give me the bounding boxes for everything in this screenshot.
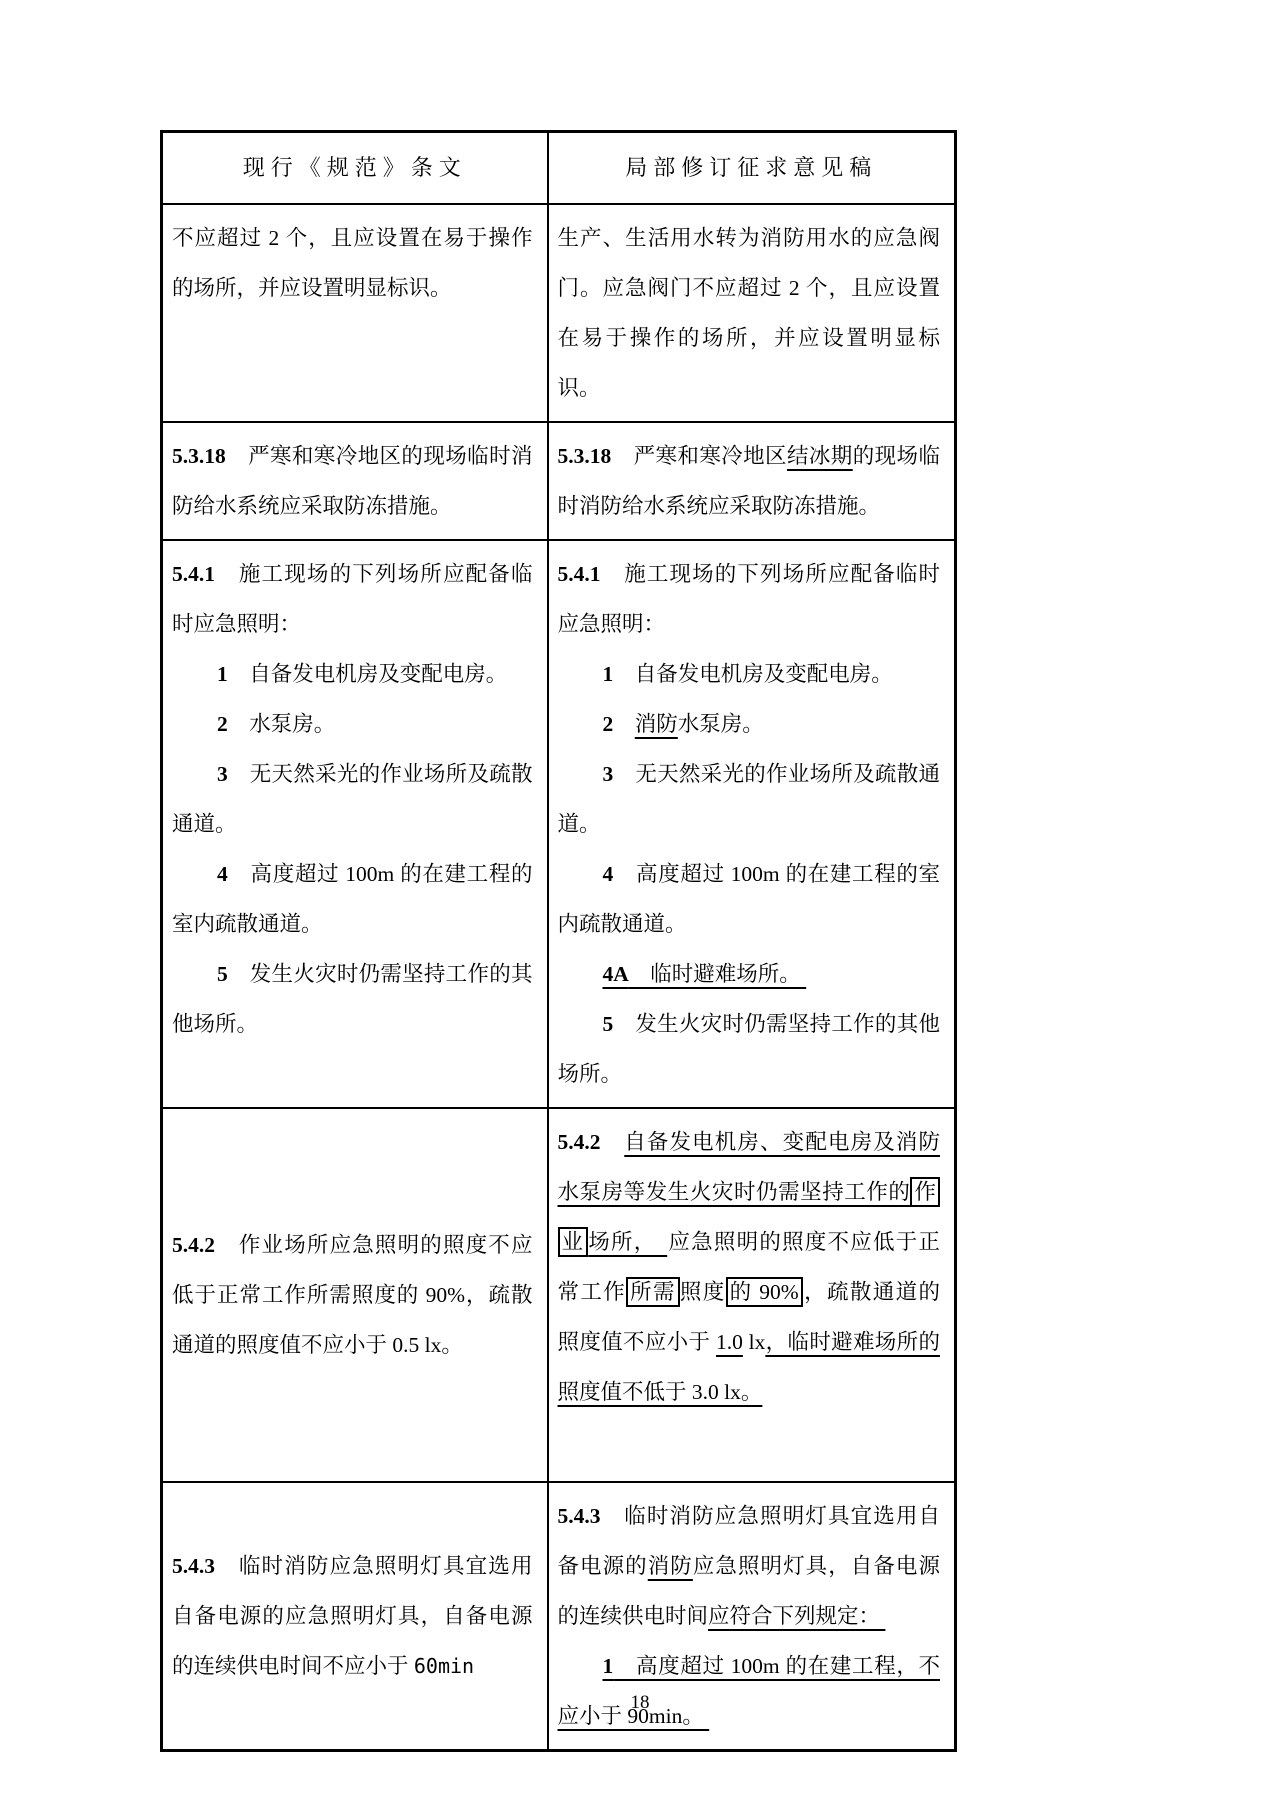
underlined-text: 高度超过 100m 的在建工程，不应小于 90min。 [558,1654,941,1728]
table-header-row: 现行《规范》条文 局部修订征求意见稿 [162,132,956,205]
text-run: 水泵房。 [678,712,764,736]
text-run: 5.3.18 [558,444,612,468]
paragraph: 5.4.3 临时消防应急照明灯具宜选用自备电源的应急照明灯具，自备电源的连续供电… [172,1541,533,1691]
paragraph: 1 高度超过 100m 的在建工程，不应小于 90min。 [558,1641,941,1741]
text-run: 施工现场的下列场所应配备临时应急照明： [558,562,941,636]
underlined-text: 4A [603,962,629,986]
table-header-revision: 局部修订征求意见稿 [548,132,956,205]
paragraph: 5.4.1 施工现场的下列场所应配备临时应急照明： [558,549,941,649]
text-run: 水泵房。 [228,712,336,736]
underlined-text: 应符合下列规定： [708,1604,885,1628]
text-run: 严寒和寒冷地区 [611,444,787,468]
cell-current-r2: 5.4.1 施工现场的下列场所应配备临时应急照明：1 自备发电机房及变配电房。2… [162,540,548,1108]
text-run: 施工现场的下列场所应配备临时应急照明： [172,562,533,636]
text-run: 自备发电机房及变配电房。 [228,662,508,686]
text-run: 严寒和寒冷地区的现场临时消防给水系统应采取防冻措施。 [172,444,533,518]
text-run: 1 [603,662,614,686]
paragraph: 5.3.18 严寒和寒冷地区的现场临时消防给水系统应采取防冻措施。 [172,431,533,531]
boxed-text: 的 90% [726,1277,803,1307]
paragraph: 5.4.2 作业场所应急照明的照度不应低于正常工作所需照度的 90%，疏散通道的… [172,1220,533,1370]
underlined-text: 消防 [635,712,678,736]
underlined-text: 1.0 [716,1330,743,1354]
paragraph: 5.4.1 施工现场的下列场所应配备临时应急照明： [172,549,533,649]
underlined-text: 结冰期 [787,444,853,468]
text-run: 5.4.1 [558,562,601,586]
cell-revision-r2: 5.4.1 施工现场的下列场所应配备临时应急照明：1 自备发电机房及变配电房。2… [548,540,956,1108]
text-run [613,712,635,736]
paragraph: 4 高度超过 100m 的在建工程的室内疏散通道。 [172,849,533,949]
paragraph: 不应超过 2 个，且应设置在易于操作的场所，并应设置明显标识。 [172,213,533,313]
text-run: 自备发电机房及变配电房。 [613,662,893,686]
text-run: 5.4.3 [558,1504,601,1528]
paragraph: 4A 临时避难场所。 [558,949,941,999]
cell-current-r1: 5.3.18 严寒和寒冷地区的现场临时消防给水系统应采取防冻措施。 [162,422,548,540]
paragraph: 生产、生活用水转为消防用水的应急阀门。应急阀门不应超过 2 个，且应设置在易于操… [558,213,941,413]
text-run: 5 [217,962,228,986]
table-row: 5.4.1 施工现场的下列场所应配备临时应急照明：1 自备发电机房及变配电房。2… [162,540,956,1108]
boxed-text: 作 [910,1177,940,1207]
text-run [601,1130,625,1154]
text-run: 5.4.1 [172,562,215,586]
paragraph: 5 发生火灾时仍需坚持工作的其他场所。 [172,949,533,1049]
text-run: 3 [603,762,614,786]
text-run: 5.3.18 [172,444,226,468]
text-run: 1 [217,662,228,686]
text-run: 临时消防应急照明灯具宜选用自备电源的应急照明灯具，自备电源的连续供电时间不应小于 [172,1554,533,1678]
paragraph: 1 自备发电机房及变配电房。 [558,649,941,699]
underlined-text: 场所， [588,1230,667,1254]
document-page: 现行《规范》条文 局部修订征求意见稿 不应超过 2 个，且应设置在易于操作的场所… [0,0,1280,1810]
text-run: 5.4.2 [172,1233,215,1257]
paragraph: 1 自备发电机房及变配电房。 [172,649,533,699]
text-run: 2 [217,712,228,736]
page-number: 18 [0,1692,1280,1714]
paragraph: 4 高度超过 100m 的在建工程的室内疏散通道。 [558,849,941,949]
paragraph: 3 无天然采光的作业场所及疏散通道。 [172,749,533,849]
text-run: 照度 [680,1280,726,1304]
text-run: 4 [603,862,614,886]
cell-revision-r3: 5.4.2 自备发电机房、变配电房及消防水泵房等发生火灾时仍需坚持工作的作业场所… [548,1108,956,1482]
text-run: 生产、生活用水转为消防用水的应急阀门。应急阀门不应超过 2 个，且应设置在易于操… [558,226,941,400]
text-run: 无天然采光的作业场所及疏散通道。 [558,762,941,836]
text-run: 高度超过 100m 的在建工程的室内疏散通道。 [558,862,941,936]
text-run: 60min [414,1654,474,1678]
text-run: 5.4.3 [172,1554,215,1578]
paragraph: 5.3.18 严寒和寒冷地区结冰期的现场临时消防给水系统应采取防冻措施。 [558,431,941,531]
cell-current-r3: 5.4.2 作业场所应急照明的照度不应低于正常工作所需照度的 90%，疏散通道的… [162,1108,548,1482]
table-row: 不应超过 2 个，且应设置在易于操作的场所，并应设置明显标识。 生产、生活用水转… [162,204,956,422]
underlined-text: 临时避难场所。 [629,962,806,986]
text-run: 4 [217,862,228,886]
text-run: 5 [603,1012,614,1036]
paragraph: 2 水泵房。 [172,699,533,749]
boxed-text: 所需 [626,1277,680,1307]
table-row: 5.4.2 作业场所应急照明的照度不应低于正常工作所需照度的 90%，疏散通道的… [162,1108,956,1482]
comparison-table: 现行《规范》条文 局部修订征求意见稿 不应超过 2 个，且应设置在易于操作的场所… [160,130,957,1752]
cell-revision-r0: 生产、生活用水转为消防用水的应急阀门。应急阀门不应超过 2 个，且应设置在易于操… [548,204,956,422]
boxed-text: 业 [558,1227,589,1257]
paragraph: 3 无天然采光的作业场所及疏散通道。 [558,749,941,849]
paragraph: 2 消防水泵房。 [558,699,941,749]
underlined-text: 1 [603,1654,614,1678]
text-run: 发生火灾时仍需坚持工作的其他场所。 [558,1012,941,1086]
text-run: 3 [217,762,228,786]
text-run: 作业场所应急照明的照度不应低于正常工作所需照度的 90%，疏散通道的照度值不应小… [172,1233,533,1357]
text-run: 2 [603,712,614,736]
underlined-text: 消防 [648,1554,693,1578]
cell-current-r0: 不应超过 2 个，且应设置在易于操作的场所，并应设置明显标识。 [162,204,548,422]
table-row: 5.3.18 严寒和寒冷地区的现场临时消防给水系统应采取防冻措施。 5.3.18… [162,422,956,540]
text-run: 5.4.2 [558,1130,601,1154]
paragraph: 5.4.3 临时消防应急照明灯具宜选用自备电源的消防应急照明灯具，自备电源的连续… [558,1491,941,1641]
paragraph: 5.4.2 自备发电机房、变配电房及消防水泵房等发生火灾时仍需坚持工作的作业场所… [558,1117,941,1417]
cell-revision-r1: 5.3.18 严寒和寒冷地区结冰期的现场临时消防给水系统应采取防冻措施。 [548,422,956,540]
paragraph: 5 发生火灾时仍需坚持工作的其他场所。 [558,999,941,1099]
text-run: lx [743,1330,765,1354]
table-header-current: 现行《规范》条文 [162,132,548,205]
text-run: 不应超过 2 个，且应设置在易于操作的场所，并应设置明显标识。 [172,226,533,300]
